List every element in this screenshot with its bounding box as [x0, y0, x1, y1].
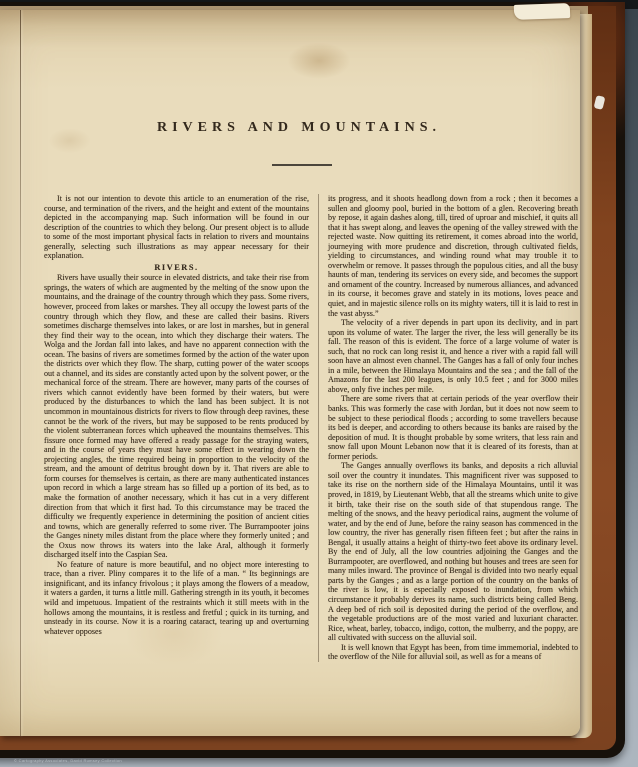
- torn-page-corner: [514, 3, 570, 20]
- intro-paragraph: It is not our intention to devote this a…: [44, 194, 309, 261]
- two-column-text: It is not our intention to devote this a…: [44, 194, 578, 662]
- paragraph: No feature of nature is more beautiful, …: [44, 560, 309, 636]
- book-page: RIVERS AND MOUNTAINS. It is not our inte…: [0, 10, 580, 736]
- paragraph: It is well known that Egypt has been, fr…: [328, 643, 578, 662]
- left-column: It is not our intention to devote this a…: [44, 194, 309, 662]
- paragraph: The Ganges annually overflows its banks,…: [328, 461, 578, 642]
- scanned-book-photo: RIVERS AND MOUNTAINS. It is not our inte…: [0, 0, 638, 767]
- title-divider-rule: [272, 164, 332, 166]
- paragraph: There are some rivers that at certain pe…: [328, 394, 578, 461]
- right-column: its progress, and it shoots headlong dow…: [318, 194, 578, 662]
- page-crease: [20, 10, 21, 736]
- paragraph-continuation: its progress, and it shoots headlong dow…: [328, 194, 578, 318]
- paragraph: Rivers have usually their source in elev…: [44, 273, 309, 559]
- collection-watermark: © Cartography Associates, David Rumsey C…: [14, 758, 122, 763]
- paragraph: The velocity of a river depends in part …: [328, 318, 578, 394]
- page-title: RIVERS AND MOUNTAINS.: [0, 120, 580, 136]
- section-heading-rivers: RIVERS.: [44, 263, 309, 273]
